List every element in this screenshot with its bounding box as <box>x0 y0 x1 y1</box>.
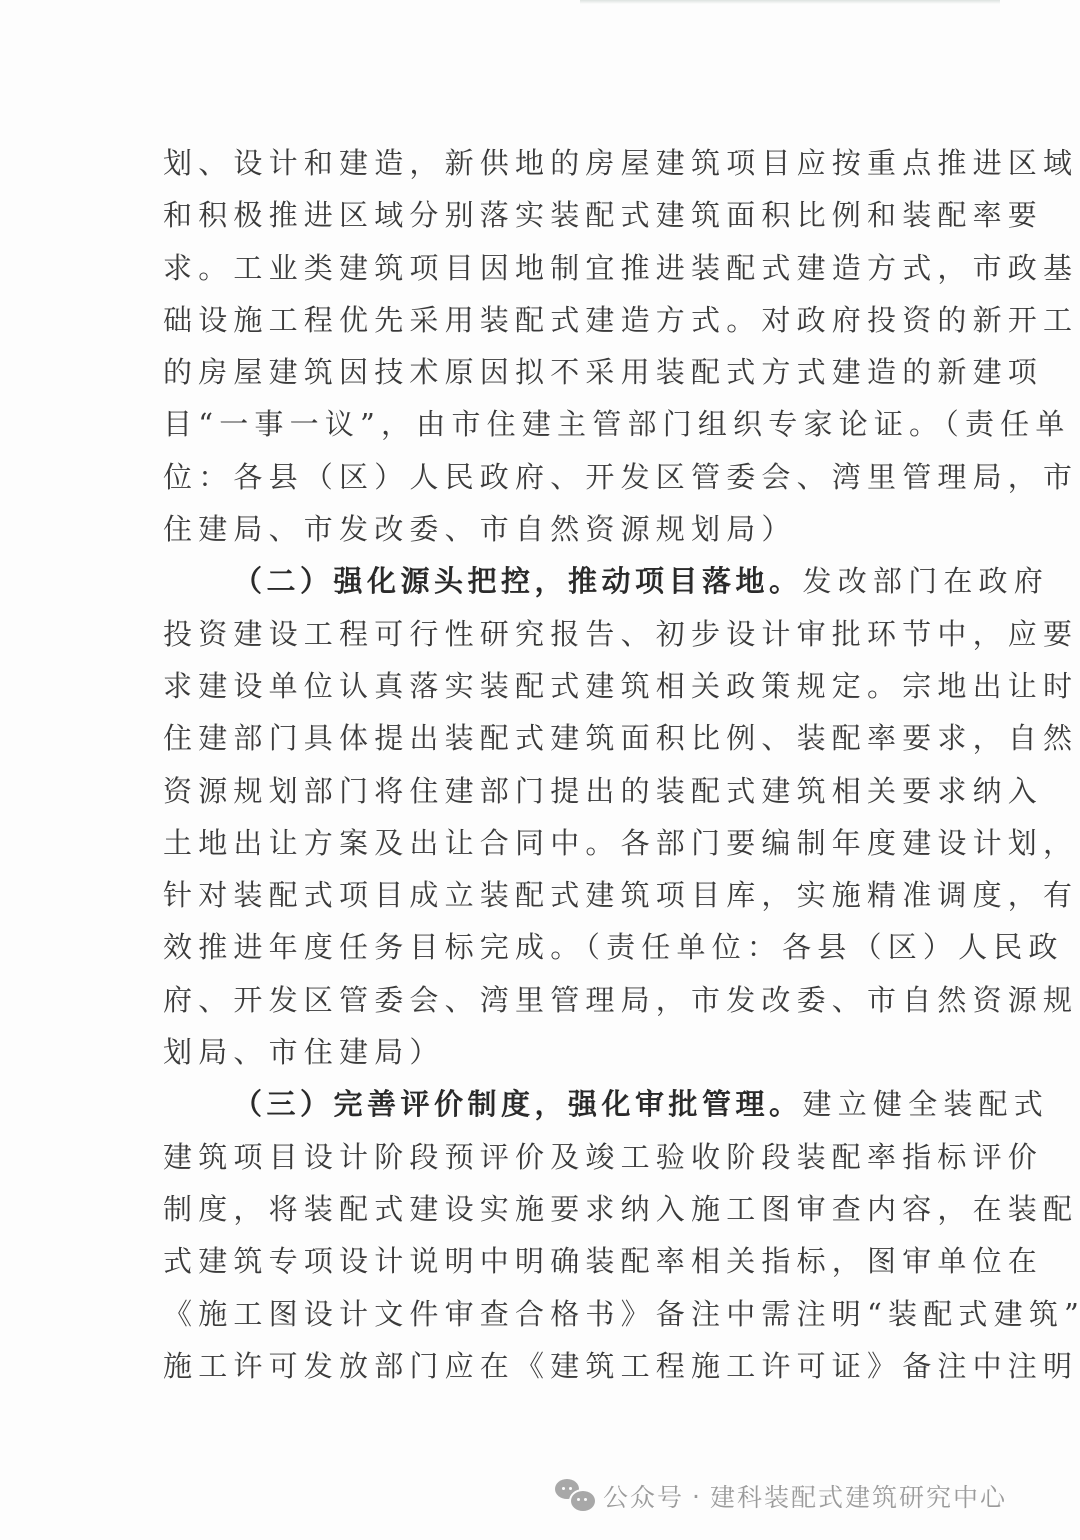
section-2-heading: （二）强化源头把控，推动项目落地。 <box>233 564 803 598</box>
text-line: 府、开发区管委会、湾里管理局，市发改委、市自然资源规 <box>163 974 938 1026</box>
text-line: 住建部门具体提出装配式建筑面积比例、装配率要求，自然 <box>163 712 938 764</box>
text-line: 位：各县（区）人民政府、开发区管委会、湾里管理局，市 <box>163 451 938 503</box>
text-line: 住建局、市发改委、市自然资源规划局） <box>163 503 938 555</box>
section-3-first-line: （三）完善评价制度，强化审批管理。建立健全装配式 <box>163 1078 938 1130</box>
text-line: 《施工图设计文件审查合格书》备注中需注明“装配式建筑”。 <box>163 1288 938 1340</box>
text-line: 投资建设工程可行性研究报告、初步设计审批环节中，应要 <box>163 608 938 660</box>
text-line: 资源规划部门将住建部门提出的装配式建筑相关要求纳入 <box>163 765 938 817</box>
text-line: 求。工业类建筑项目因地制宜推进装配式建造方式，市政基 <box>163 242 938 294</box>
watermark: 公众号 · 建科装配式建筑研究中心 <box>555 1478 1007 1514</box>
text-line: 建筑项目设计阶段预评价及竣工验收阶段装配率指标评价 <box>163 1131 938 1183</box>
text-line: 求建设单位认真落实装配式建筑相关政策规定。宗地出让时 <box>163 660 938 712</box>
watermark-separator: · <box>692 1482 702 1511</box>
text-line: 针对装配式项目成立装配式建筑项目库，实施精准调度，有 <box>163 869 938 921</box>
section-2-first-line: （二）强化源头把控，推动项目落地。发改部门在政府 <box>163 555 938 607</box>
text-line: 划、设计和建造，新供地的房屋建筑项目应按重点推进区域 <box>163 137 938 189</box>
scan-edge-shadow <box>580 0 1000 4</box>
section-3-text: 建立健全装配式 <box>803 1087 1049 1121</box>
text-line: 效推进年度任务目标完成。（责任单位：各县（区）人民政 <box>163 921 938 973</box>
wechat-icon <box>555 1479 595 1513</box>
document-page: 划、设计和建造，新供地的房屋建筑项目应按重点推进区域 和积极推进区域分别落实装配… <box>163 137 938 1392</box>
text-line: 土地出让方案及出让合同中。各部门要编制年度建设计划， <box>163 817 938 869</box>
text-line: 划局、市住建局） <box>163 1026 938 1078</box>
text-line: 施工许可发放部门应在《建筑工程施工许可证》备注中注明 <box>163 1340 938 1392</box>
watermark-label: 公众号 <box>603 1478 684 1514</box>
watermark-account: 建科装配式建筑研究中心 <box>710 1478 1007 1514</box>
section-2-text: 发改部门在政府 <box>803 564 1049 598</box>
text-line: 的房屋建筑因技术原因拟不采用装配式方式建造的新建项 <box>163 346 938 398</box>
text-line: 制度，将装配式建设实施要求纳入施工图审查内容，在装配 <box>163 1183 938 1235</box>
text-line: 础设施工程优先采用装配式建造方式。对政府投资的新开工 <box>163 294 938 346</box>
section-3-heading: （三）完善评价制度，强化审批管理。 <box>233 1087 803 1121</box>
text-line: 目“一事一议”，由市住建主管部门组织专家论证。（责任单 <box>163 398 938 450</box>
text-line: 和积极推进区域分别落实装配式建筑面积比例和装配率要 <box>163 189 938 241</box>
text-line: 式建筑专项设计说明中明确装配率相关指标，图审单位在 <box>163 1235 938 1287</box>
